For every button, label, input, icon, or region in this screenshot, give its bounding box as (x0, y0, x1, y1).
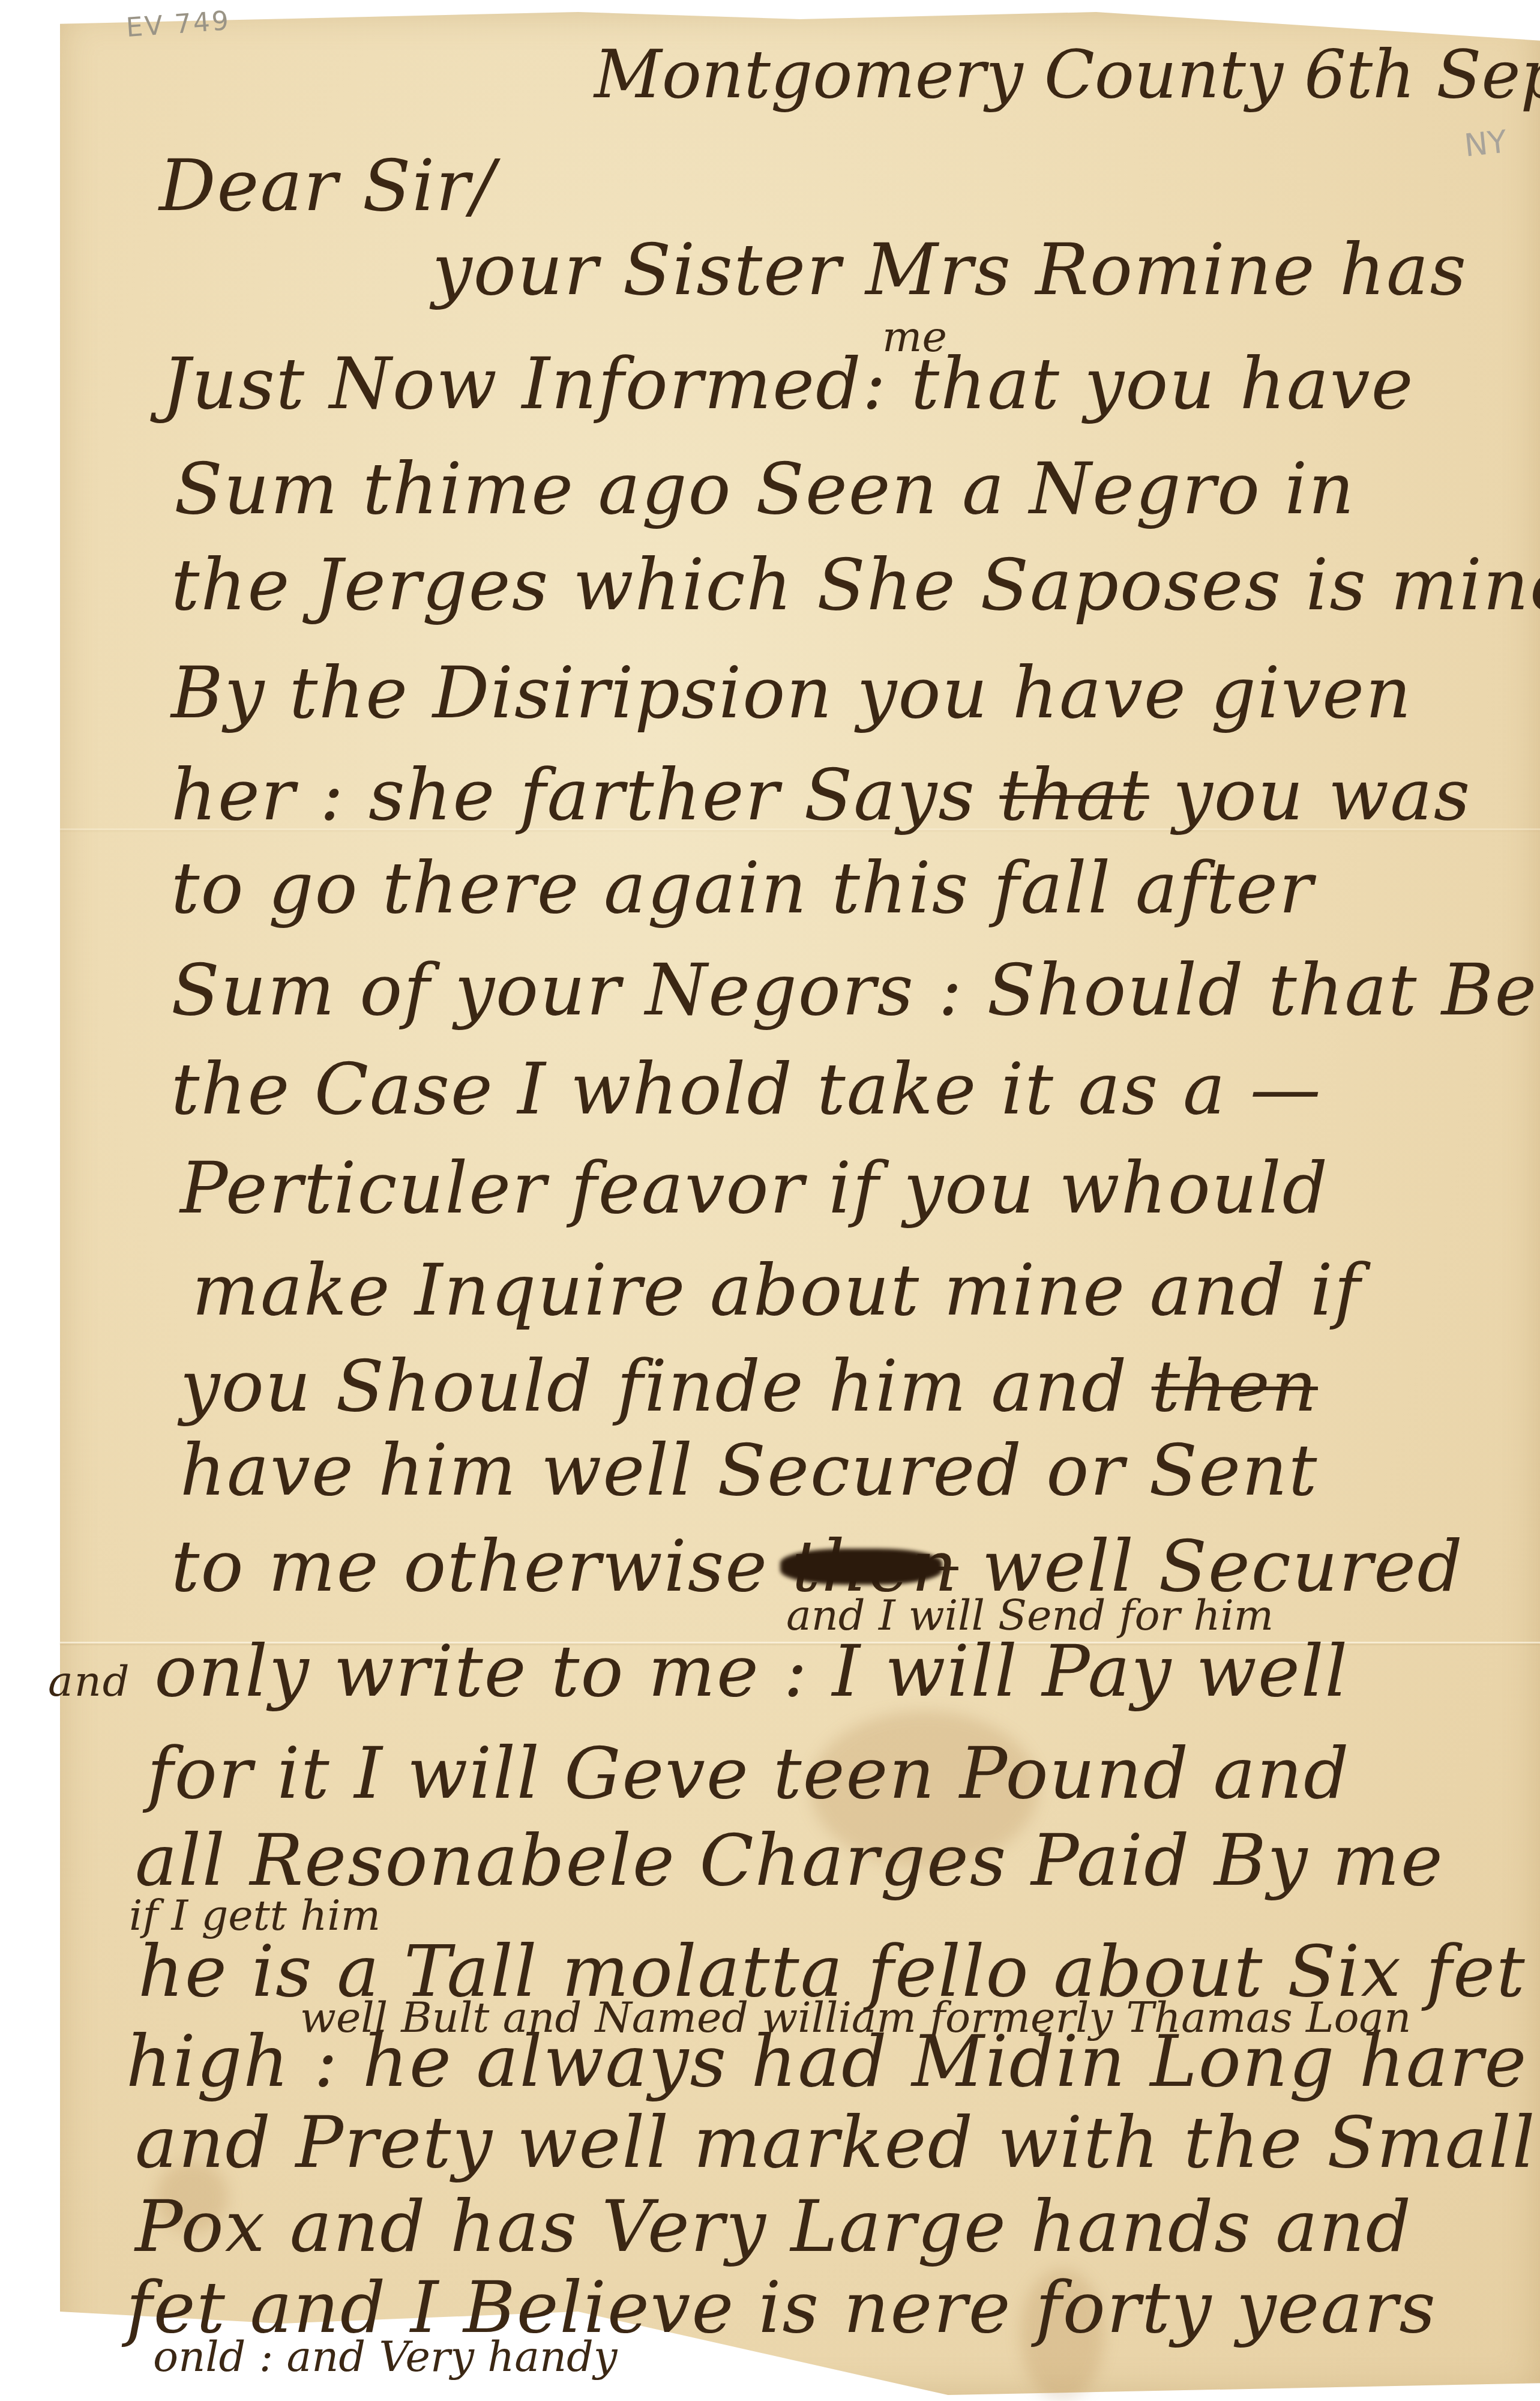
heading-place: Montgomery County (594, 36, 1283, 113)
letter-line: and only write to me : I will Pay well (48, 1630, 1349, 1713)
line-text: her : she farther Says (171, 753, 976, 836)
letter-line: and Prety well marked with the Small (135, 2101, 1536, 2184)
struck-word: that (999, 753, 1149, 836)
salutation: Dear Sir/ (159, 144, 496, 227)
heading-date: 6th Sepr 1785 (1304, 36, 1540, 113)
margin-insert: and (48, 1657, 131, 1706)
letter-line: Sum of your Negors : Should that Be (171, 948, 1538, 1031)
letter-line: all Resonabele Charges Paid By me (135, 1819, 1444, 1902)
letter-line: the Jerges which She Saposes is mine (171, 543, 1540, 626)
letter-line: the Case I whold take it as a — (171, 1047, 1322, 1130)
letter-line: make Inquire about mine and if (192, 1249, 1361, 1331)
letter-line: By the Disiripsion you have given (171, 651, 1412, 734)
letter-line: Sum thime ago Seen a Negro in (174, 447, 1355, 530)
letter-line: high : he always had Midin Long hare (126, 2020, 1527, 2103)
letter-line: Pox and has Very Large hands and (135, 2185, 1412, 2268)
pencil-annotation: NY (1463, 124, 1509, 164)
line-text: you was (1173, 753, 1471, 836)
letter-heading: Montgomery County 6th Sepr 1785 (594, 36, 1540, 113)
letter-line: onld : and Very handy (153, 2332, 617, 2381)
letter-line: for it I will Geve teen Pound and (147, 1732, 1350, 1815)
letter-line: to go there again this fall after (171, 846, 1314, 929)
letter-line: Just Now Informed: that you have (162, 342, 1415, 425)
struck-word: then (1152, 1345, 1318, 1427)
line-text: you Should finde him and (180, 1345, 1128, 1427)
line-text: to me otherwise (171, 1525, 768, 1607)
ink-blot (780, 1549, 942, 1585)
letter-line: Perticuler feavor if you whould (180, 1146, 1329, 1229)
letter-line: you Should finde him and then (180, 1345, 1318, 1427)
letter-line: her : she farther Says that you was (171, 753, 1471, 836)
line-text: only write to me : I will Pay well (154, 1630, 1349, 1713)
letter-line: have him well Secured or Sent (180, 1429, 1318, 1511)
letter-line: your Sister Mrs Romine has (432, 228, 1467, 311)
